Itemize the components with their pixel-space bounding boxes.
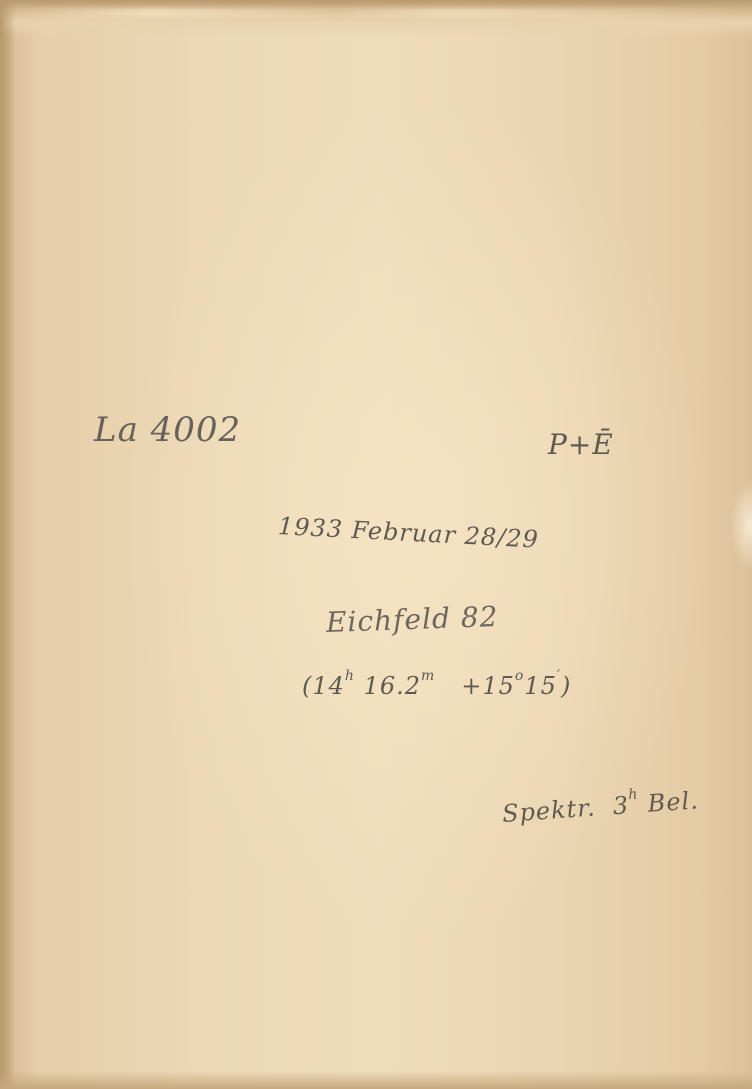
dec-degrees-unit: o (515, 668, 524, 684)
envelope-left-edge (0, 0, 16, 1089)
date-year: 1933 (277, 512, 343, 543)
plate-code: P+Ē (548, 428, 614, 461)
close-paren: ) (561, 672, 571, 700)
field-name: Eichfeld 82 (325, 600, 498, 639)
envelope-top-fold (0, 0, 752, 38)
date-month: Februar (351, 516, 457, 549)
dec-degrees: +15 (461, 672, 515, 700)
ra-minutes-unit: m (421, 668, 435, 684)
dec-minutes: 15 (524, 672, 557, 700)
envelope-bottom-edge (0, 1071, 752, 1089)
ra-hours: 14 (312, 672, 345, 700)
coordinates: (14h 16.2m +15o15′) (302, 668, 571, 700)
date-nights: 28/29 (464, 522, 540, 554)
catalog-number: La 4002 (94, 410, 241, 450)
ra-minutes: 16.2 (364, 672, 421, 700)
exposure-duration-unit: h (628, 786, 639, 803)
exposure-suffix: Bel. (647, 786, 700, 818)
ra-hours-unit: h (345, 668, 355, 684)
open-paren: ( (302, 672, 312, 700)
